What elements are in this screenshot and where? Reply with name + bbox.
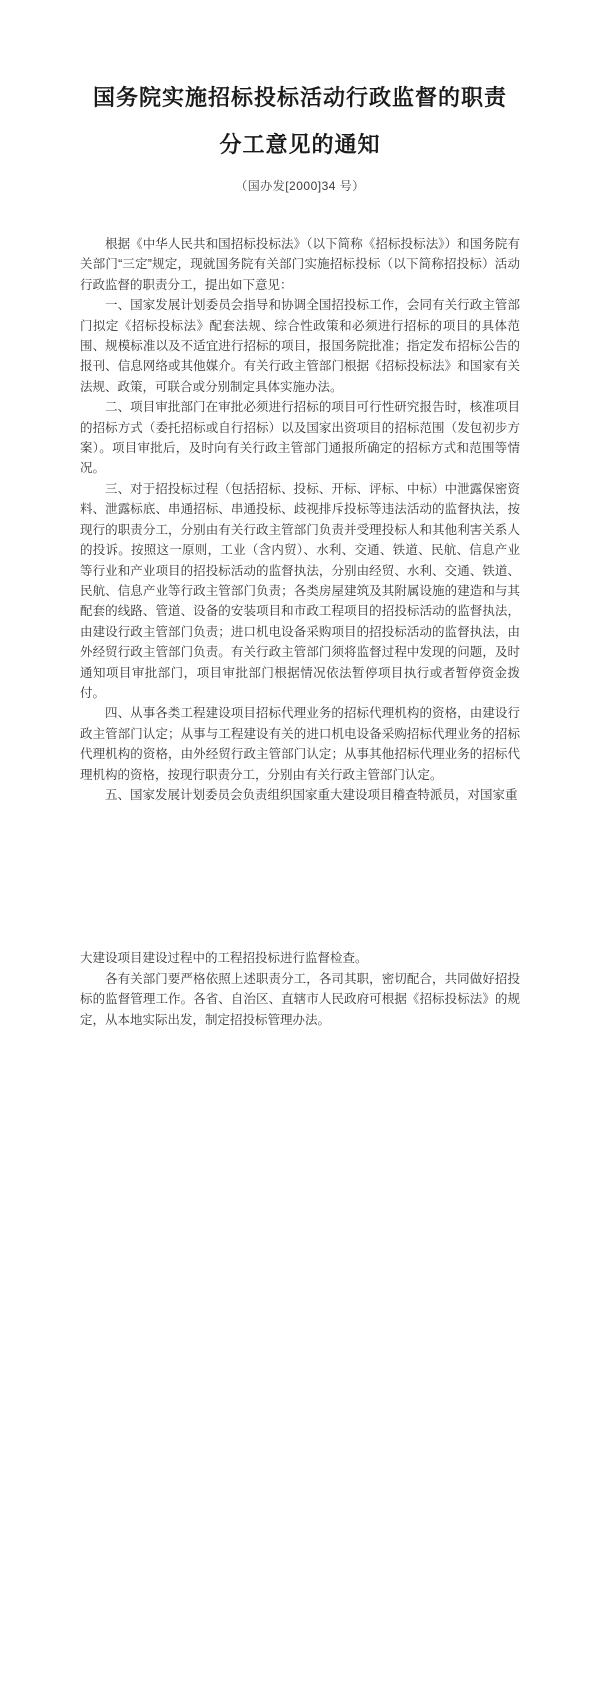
paragraph-item-3: 三、对于招投标过程（包括招标、投标、开标、评标、中标）中泄露保密资料、泄露标底、… <box>80 479 520 703</box>
paragraph-item-5-part-2: 大建设项目建设过程中的工程招投标进行监督检查。 <box>80 948 520 968</box>
paragraph-closing: 各有关部门要严格依照上述职责分工，各司其职，密切配合，共同做好招投标的监督管理工… <box>80 969 520 1030</box>
paragraph-item-4: 四、从事各类工程建设项目招标代理业务的招标代理机构的资格，由建设行政主管部门认定… <box>80 703 520 785</box>
paragraph-item-2: 二、项目审批部门在审批必须进行招标的项目可行性研究报告时，核准项目的招标方式（委… <box>80 397 520 479</box>
document-page: 国务院实施招标投标活动行政监督的职责 分工意见的通知 （国办发[2000]34 … <box>0 0 600 1696</box>
document-body: 根据《中华人民共和国招标投标法》（以下简称《招标投标法》）和国务院有关部门“三定… <box>80 234 520 1030</box>
document-number: （国办发[2000]34 号） <box>80 177 520 194</box>
title-line-2: 分工意见的通知 <box>80 121 520 168</box>
paragraph-item-1: 一、国家发展计划委员会指导和协调全国招投标工作，会同有关行政主管部门拟定《招标投… <box>80 295 520 397</box>
document-title: 国务院实施招标投标活动行政监督的职责 分工意见的通知 <box>80 74 520 168</box>
paragraph-item-5-part-1: 五、国家发展计划委员会负责组织国家重大建设项目稽查特派员，对国家重 <box>80 785 520 805</box>
paragraph-intro: 根据《中华人民共和国招标投标法》（以下简称《招标投标法》）和国务院有关部门“三定… <box>80 234 520 295</box>
page-break-gap <box>80 805 520 948</box>
title-line-1: 国务院实施招标投标活动行政监督的职责 <box>80 74 520 121</box>
